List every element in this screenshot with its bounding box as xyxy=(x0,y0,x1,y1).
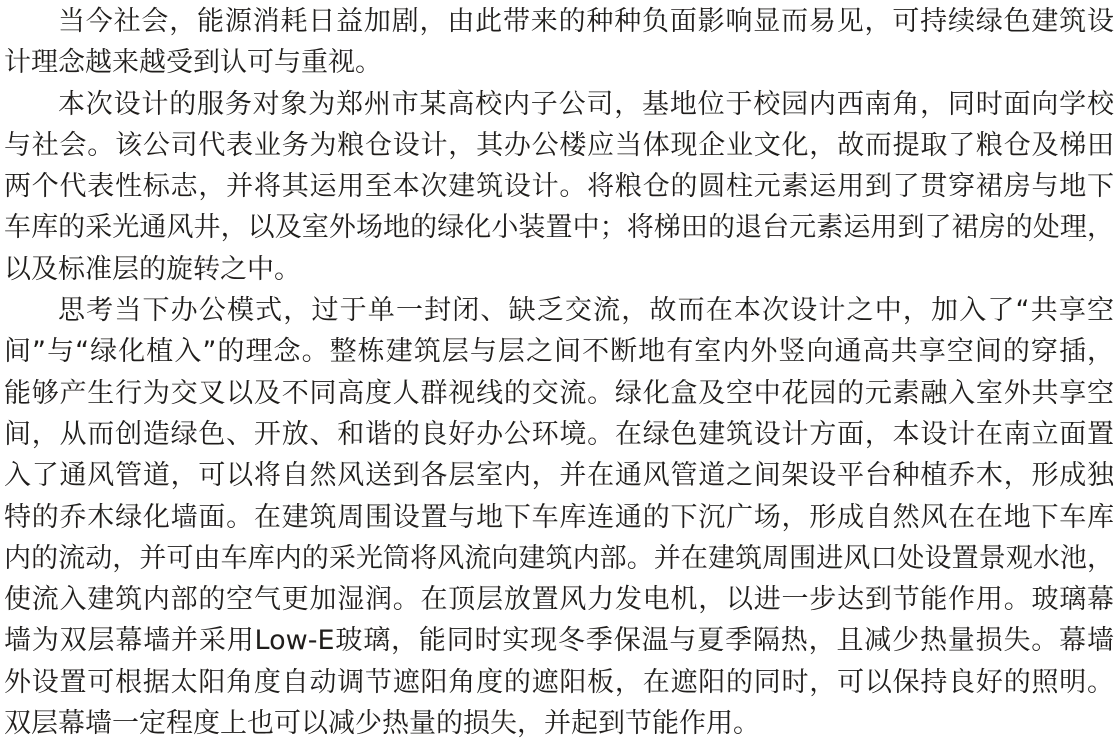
document-page: 当今社会，能源消耗日益加剧，由此带来的种种负面影响显而易见，可持续绿色建筑设计理… xyxy=(0,0,1118,745)
document-body: 当今社会，能源消耗日益加剧，由此带来的种种负面影响显而易见，可持续绿色建筑设计理… xyxy=(0,0,1118,744)
text-line: 双层幕墙一定程度上也可以减少热量的损失，并起到节能作用。 xyxy=(4,703,1114,744)
text-line: 以及标准层的旋转之中。 xyxy=(4,249,1114,290)
text-line: 思考当下办公模式，过于单一封闭、缺乏交流，故而在本次设计之中，加入了“共享空 xyxy=(4,290,1114,331)
text-line: 墙为双层幕墙并采用Low-E玻璃，能同时实现冬季保温与夏季隔热，且减少热量损失。… xyxy=(4,620,1114,661)
text-line: 间，从而创造绿色、开放、和谐的良好办公环境。在绿色建筑设计方面，本设计在南立面置 xyxy=(4,414,1114,455)
text-line: 入了通风管道，可以将自然风送到各层室内，并在通风管道之间架设平台种植乔木，形成独 xyxy=(4,455,1114,496)
text-line: 间”与“绿化植入”的理念。整栋建筑层与层之间不断地有室内外竖向通高共享空间的穿插… xyxy=(4,331,1114,372)
text-line: 能够产生行为交叉以及不同高度人群视线的交流。绿化盒及空中花园的元素融入室外共享空 xyxy=(4,373,1114,414)
text-line: 车库的采光通风井，以及室外场地的绿化小装置中；将梯田的退台元素运用到了裙房的处理… xyxy=(4,207,1114,248)
text-line: 特的乔木绿化墙面。在建筑周围设置与地下车库连通的下沉广场，形成自然风在在地下车库 xyxy=(4,497,1114,538)
text-line: 计理念越来越受到认可与重视。 xyxy=(4,42,1114,83)
text-line: 内的流动，并可由车库内的采光筒将风流向建筑内部。并在建筑周围进风口处设置景观水池… xyxy=(4,538,1114,579)
text-line: 外设置可根据太阳角度自动调节遮阳角度的遮阳板，在遮阳的同时，可以保持良好的照明。 xyxy=(4,662,1114,703)
text-line: 本次设计的服务对象为郑州市某高校内子公司，基地位于校园内西南角，同时面向学校 xyxy=(4,84,1114,125)
text-line: 与社会。该公司代表业务为粮仓设计，其办公楼应当体现企业文化，故而提取了粮仓及梯田 xyxy=(4,125,1114,166)
text-line: 使流入建筑内部的空气更加湿润。在顶层放置风力发电机，以进一步达到节能作用。玻璃幕 xyxy=(4,579,1114,620)
text-line: 两个代表性标志，并将其运用至本次建筑设计。将粮仓的圆柱元素运用到了贯穿裙房与地下 xyxy=(4,166,1114,207)
text-line: 当今社会，能源消耗日益加剧，由此带来的种种负面影响显而易见，可持续绿色建筑设 xyxy=(4,1,1114,42)
